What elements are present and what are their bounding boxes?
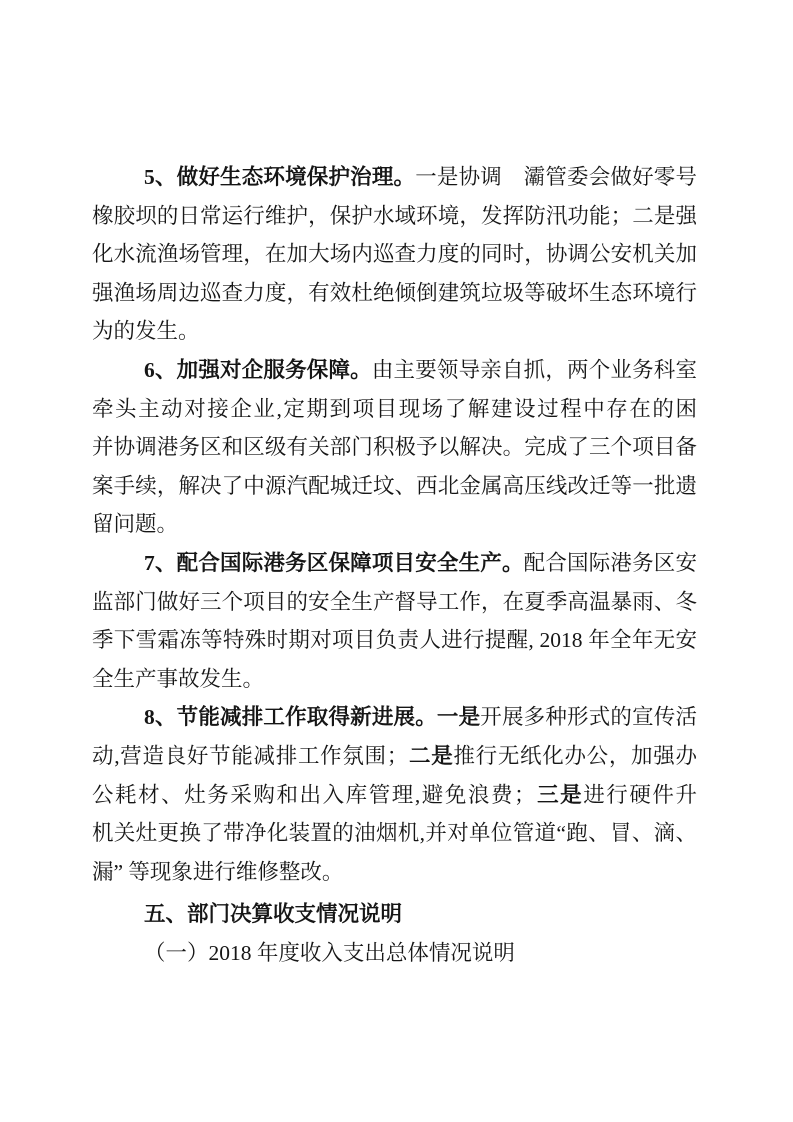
text-line: 6、加强对企服务保障。由主要领导亲自抓，两个业务科室 xyxy=(92,351,697,390)
text-line: 公耗材、灶务采购和出入库管理,避免浪费；三是进行硬件升级， xyxy=(92,776,697,815)
body-text: 推行无纸化办公，加强办 xyxy=(453,744,697,768)
body-text: 一是协调 灞管委会做好零号 xyxy=(415,165,697,189)
body-text: 监部门做好三个项目的安全生产督导工作，在夏季高温暴雨、冬 xyxy=(92,590,697,614)
item-heading-text: 6、加强对企服务保障。 xyxy=(144,358,372,382)
body-text: 公耗材、灶务采购和出入库管理,避免浪费； xyxy=(92,783,536,807)
text-line: 8、节能减排工作取得新进展。一是开展多种形式的宣传活 xyxy=(92,698,697,737)
paragraph-item-8: 8、节能减排工作取得新进展。一是开展多种形式的宣传活 动,营造良好节能减排工作氛… xyxy=(92,698,697,891)
body-text: 动,营造良好节能减排工作氛围； xyxy=(92,744,408,768)
body-text: 留问题。 xyxy=(92,512,178,536)
item-heading-text: 7、配合国际港务区保障项目安全生产。 xyxy=(144,551,524,575)
text-line: 季下雪霜冻等特殊时期对项目负责人进行提醒, 2018 年全年无安 xyxy=(92,621,697,660)
text-line: 机关灶更换了带净化装置的油烟机,并对单位管道“跑、冒、滴、 xyxy=(92,814,697,853)
text-line: 全生产事故发生。 xyxy=(92,660,697,699)
document-body: 5、做好生态环境保护治理。一是协调 灞管委会做好零号 橡胶坝的日常运行维护，保护… xyxy=(92,158,697,972)
text-line: 漏” 等现象进行维修整改。 xyxy=(92,853,697,892)
item-heading-text: 5、做好生态环境保护治理。 xyxy=(144,165,415,189)
paragraph-item-6: 6、加强对企服务保障。由主要领导亲自抓，两个业务科室 牵头主动对接企业,定期到项… xyxy=(92,351,697,544)
body-text: 案手续，解决了中源汽配城迁坟、西北金属高压线改迁等一批遗 xyxy=(92,474,697,498)
body-text: 开展多种形式的宣传活 xyxy=(480,705,697,729)
text-line: 动,营造良好节能减排工作氛围；二是推行无纸化办公，加强办 xyxy=(92,737,697,776)
section-heading-text: 五、部门决算收支情况说明 xyxy=(144,902,402,926)
text-line: 强渔场周边巡查力度，有效杜绝倾倒建筑垃圾等破坏生态环境行 xyxy=(92,274,697,313)
body-text: 强渔场周边巡查力度，有效杜绝倾倒建筑垃圾等破坏生态环境行 xyxy=(92,281,697,305)
body-text: 并协调港务区和区级有关部门积极予以解决。完成了三个项目备 xyxy=(92,435,697,459)
text-line: 5、做好生态环境保护治理。一是协调 灞管委会做好零号 xyxy=(92,158,697,197)
emphasis-text: 二是 xyxy=(408,744,453,768)
document-page: 5、做好生态环境保护治理。一是协调 灞管委会做好零号 橡胶坝的日常运行维护，保护… xyxy=(0,0,793,1122)
text-line: 牵头主动对接企业,定期到项目现场了解建设过程中存在的困难， xyxy=(92,390,697,429)
section-block: 五、部门决算收支情况说明 （一）2018 年度收入支出总体情况说明 xyxy=(92,895,697,972)
text-line: 案手续，解决了中源汽配城迁坟、西北金属高压线改迁等一批遗 xyxy=(92,467,697,506)
body-text: 由主要领导亲自抓，两个业务科室 xyxy=(372,358,697,382)
paragraph-item-5: 5、做好生态环境保护治理。一是协调 灞管委会做好零号 橡胶坝的日常运行维护，保护… xyxy=(92,158,697,351)
body-text: 化水流渔场管理，在加大场内巡查力度的同时，协调公安机关加 xyxy=(92,242,697,266)
subsection-heading: （一）2018 年度收入支出总体情况说明 xyxy=(92,934,697,973)
body-text: 配合国际港务区安 xyxy=(524,551,697,575)
text-line: 留问题。 xyxy=(92,505,697,544)
text-line: 化水流渔场管理，在加大场内巡查力度的同时，协调公安机关加 xyxy=(92,235,697,274)
body-text: 橡胶坝的日常运行维护，保护水域环境，发挥防汛功能；二是强 xyxy=(92,204,697,228)
body-text: 漏” 等现象进行维修整改。 xyxy=(92,860,343,884)
text-line: 监部门做好三个项目的安全生产督导工作，在夏季高温暴雨、冬 xyxy=(92,583,697,622)
item-heading-text: 8、节能减排工作取得新进展。一是 xyxy=(144,705,480,729)
body-text: 机关灶更换了带净化装置的油烟机,并对单位管道“跑、冒、滴、 xyxy=(92,821,697,845)
body-text: 牵头主动对接企业,定期到项目现场了解建设过程中存在的困难， xyxy=(92,397,697,429)
text-line: 为的发生。 xyxy=(92,312,697,351)
body-text: 为的发生。 xyxy=(92,319,200,343)
text-line: 并协调港务区和区级有关部门积极予以解决。完成了三个项目备 xyxy=(92,428,697,467)
body-text: 季下雪霜冻等特殊时期对项目负责人进行提醒, 2018 年全年无安 xyxy=(92,628,697,652)
text-line: 7、配合国际港务区保障项目安全生产。配合国际港务区安 xyxy=(92,544,697,583)
body-text: 全生产事故发生。 xyxy=(92,667,264,691)
paragraph-item-7: 7、配合国际港务区保障项目安全生产。配合国际港务区安 监部门做好三个项目的安全生… xyxy=(92,544,697,698)
text-line: 橡胶坝的日常运行维护，保护水域环境，发挥防汛功能；二是强 xyxy=(92,197,697,236)
section-heading: 五、部门决算收支情况说明 xyxy=(92,895,697,934)
subsection-heading-text: （一）2018 年度收入支出总体情况说明 xyxy=(144,941,515,965)
emphasis-text: 三是 xyxy=(536,783,584,807)
